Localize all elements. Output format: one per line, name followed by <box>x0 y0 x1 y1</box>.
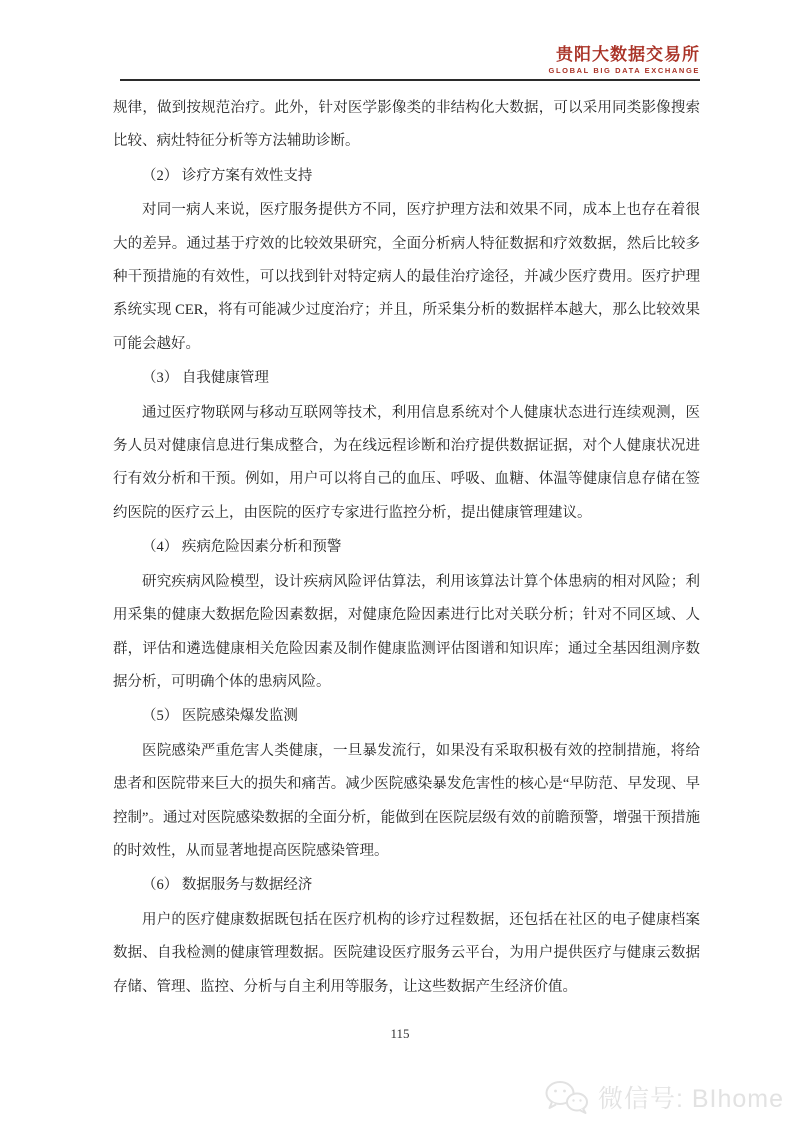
paragraph: 医院感染严重危害人类健康，一旦暴发流行，如果没有采取积极有效的控制措施，将给患者… <box>113 735 700 869</box>
section-heading-6: （6） 数据服务与数据经济 <box>113 869 700 902</box>
brand-logo: 贵阳大数据交易所 GLOBAL BIG DATA EXCHANGE <box>120 46 700 75</box>
watermark-label: 微信号: BIhome <box>598 1079 784 1115</box>
document-page: 贵阳大数据交易所 GLOBAL BIG DATA EXCHANGE 规律，做到按… <box>0 0 800 1131</box>
wechat-watermark: 微信号: BIhome <box>543 1079 784 1115</box>
section-heading-3: （3） 自我健康管理 <box>113 362 700 395</box>
paragraph: 用户的医疗健康数据既包括在医疗机构的诊疗过程数据，还包括在社区的电子健康档案数据… <box>113 904 700 1004</box>
paragraph: 对同一病人来说，医疗服务提供方不同，医疗护理方法和效果不同，成本上也存在着很大的… <box>113 194 700 361</box>
wechat-icon <box>543 1079 589 1115</box>
section-heading-2: （2） 诊疗方案有效性支持 <box>113 160 700 193</box>
paragraph: 通过医疗物联网与移动互联网等技术，利用信息系统对个人健康状态进行连续观测，医务人… <box>113 397 700 531</box>
section-heading-5: （5） 医院感染爆发监测 <box>113 700 700 733</box>
header-divider <box>120 79 700 81</box>
paragraph: 研究疾病风险模型，设计疾病风险评估算法，利用该算法计算个体患病的相对风险；利用采… <box>113 566 700 700</box>
document-body: 规律，做到按规范治疗。此外，针对医学影像类的非结构化大数据，可以采用同类影像搜索… <box>113 92 700 1005</box>
brand-name-en: GLOBAL BIG DATA EXCHANGE <box>549 67 700 75</box>
brand-name-cn: 贵阳大数据交易所 <box>556 46 700 63</box>
page-header: 贵阳大数据交易所 GLOBAL BIG DATA EXCHANGE <box>0 0 800 89</box>
paragraph: 规律，做到按规范治疗。此外，针对医学影像类的非结构化大数据，可以采用同类影像搜索… <box>113 92 700 159</box>
section-heading-4: （4） 疾病危险因素分析和预警 <box>113 531 700 564</box>
page-number: 115 <box>0 1026 800 1042</box>
